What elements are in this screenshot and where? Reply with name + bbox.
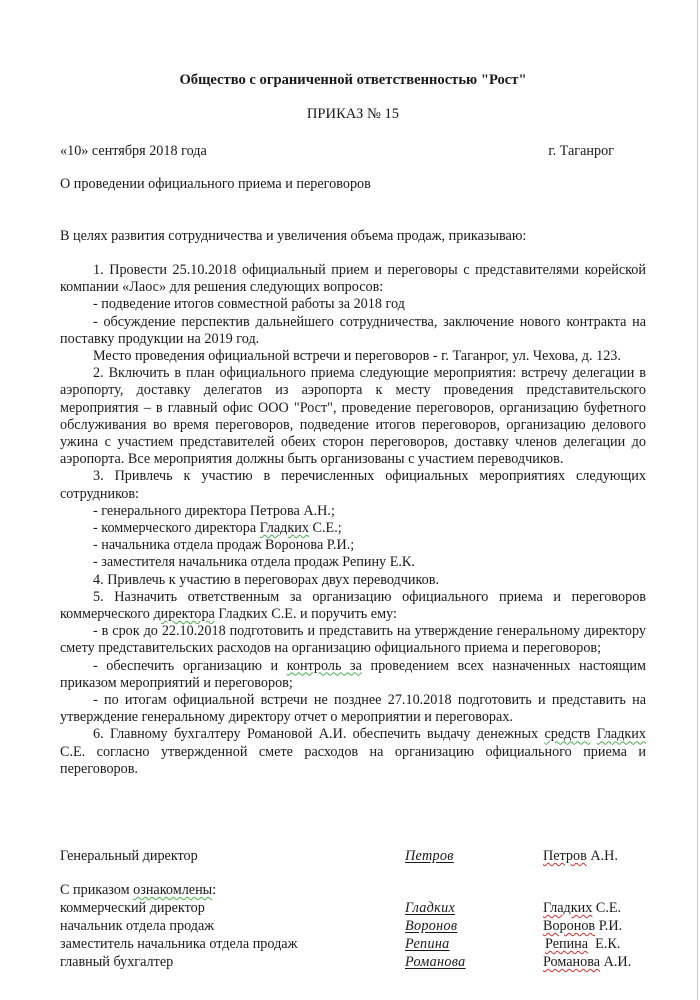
signatory-initials: Е.К. bbox=[588, 936, 620, 952]
signatory-name: Гладких С.Е. bbox=[543, 900, 621, 917]
acknowledgment-row: главный бухгалтер Романова Романова А.И. bbox=[60, 954, 700, 972]
clause-3-item-2: - коммерческого директора Гладких С.Е.; bbox=[60, 520, 646, 537]
signature-role: главный бухгалтер bbox=[60, 954, 173, 971]
clause-5-item-2-text: - обеспечить организацию и bbox=[93, 658, 287, 674]
clause-6-tail: С.Е. согласно утвержденной смете расходо… bbox=[60, 744, 646, 777]
spellcheck-word: средств bbox=[544, 726, 590, 742]
clause-1-item-2: - обсуждение перспектив дальнейшего сотр… bbox=[60, 314, 646, 348]
signatory-initials: С.Е. bbox=[592, 900, 621, 916]
clause-3-item-2-tail: С.Е.; bbox=[309, 520, 342, 536]
clause-4: 4. Привлечь к участию в переговорах двух… bbox=[60, 572, 646, 589]
signature-role: заместитель начальника отдела продаж bbox=[60, 936, 297, 953]
clause-5-item-1: - в срок до 22.10.2018 подготовить и пре… bbox=[60, 623, 646, 657]
order-preamble: В целях развития сотрудничества и увелич… bbox=[60, 228, 526, 245]
clause-1-item-1: - подведение итогов совместной работы за… bbox=[60, 296, 646, 313]
signatory-surname: Гладких bbox=[543, 900, 592, 916]
clause-1: 1. Провести 25.10.2018 официальный прием… bbox=[60, 262, 646, 296]
clause-3-item-4: - заместителя начальника отдела продаж Р… bbox=[60, 554, 646, 571]
spellcheck-word: Гладких bbox=[597, 726, 646, 742]
signature-role: Генеральный директор bbox=[60, 848, 198, 865]
signatory-name: Репина Е.К. bbox=[545, 936, 620, 953]
handwritten-signature: Репина bbox=[405, 936, 450, 953]
spellcheck-word: контроль за bbox=[287, 658, 362, 674]
clause-5-item-3: - по итогам официальной встречи не поздн… bbox=[60, 692, 646, 726]
clause-3-item-3: - начальника отдела продаж Воронова Р.И.… bbox=[60, 537, 646, 554]
clause-5: 5. Назначить ответственным за организаци… bbox=[60, 589, 646, 623]
signatory-surname: Романова bbox=[543, 954, 600, 970]
signatory-name: Романова А.И. bbox=[543, 954, 631, 971]
signatory-name: Воронов Р.И. bbox=[543, 918, 622, 935]
signatory-initials: А.Н. bbox=[587, 848, 618, 864]
order-body: 1. Провести 25.10.2018 официальный прием… bbox=[60, 262, 646, 778]
clause-5-tail: Гладких С.Е. и поручить ему: bbox=[215, 606, 397, 622]
order-city: г. Таганрог bbox=[548, 143, 614, 160]
order-date: «10» сентября 2018 года bbox=[60, 143, 207, 160]
acknowledged-label-text: С приказом ознакомлены: bbox=[60, 882, 216, 899]
organization-title: Общество с ограниченной ответственностью… bbox=[60, 72, 646, 89]
clause-3-item-2-text: - коммерческого директора bbox=[93, 520, 260, 536]
clause-1-location: Место проведения официальной встречи и п… bbox=[60, 348, 646, 365]
spellcheck-word: директора bbox=[153, 606, 214, 622]
spellcheck-word: ознакомлены bbox=[133, 882, 212, 898]
signatory-surname: Воронов bbox=[543, 918, 595, 934]
handwritten-signature: Гладких bbox=[405, 900, 455, 917]
clause-6-text: 6. Главному бухгалтеру Романовой А.И. об… bbox=[93, 726, 544, 742]
signatory-surname: Репина bbox=[545, 936, 588, 952]
acknowledged-suffix: : bbox=[212, 882, 216, 898]
acknowledged-label: С приказом ознакомлены: bbox=[60, 882, 700, 900]
signatory-name: Петров А.Н. bbox=[543, 848, 618, 865]
clause-2: 2. Включить в план официального приема с… bbox=[60, 365, 646, 468]
handwritten-signature: Петров bbox=[405, 848, 454, 865]
acknowledgment-row: начальник отдела продаж Воронов Воронов … bbox=[60, 918, 700, 936]
signature-role: начальник отдела продаж bbox=[60, 918, 214, 935]
acknowledged-prefix: С приказом bbox=[60, 882, 133, 898]
clause-6: 6. Главному бухгалтеру Романовой А.И. об… bbox=[60, 726, 646, 778]
clause-3-item-1: - генерального директора Петрова А.Н.; bbox=[60, 503, 646, 520]
clause-3: 3. Привлечь к участию в перечисленных оф… bbox=[60, 468, 646, 502]
spellcheck-word: Гладких bbox=[260, 520, 309, 536]
order-subject: О проведении официального приема и перег… bbox=[60, 176, 371, 193]
signatory-initials: Р.И. bbox=[595, 918, 622, 934]
signatory-initials: А.И. bbox=[600, 954, 631, 970]
signature-role: коммерческий директор bbox=[60, 900, 205, 917]
director-signature-row: Генеральный директор Петров Петров А.Н. bbox=[60, 848, 700, 866]
handwritten-signature: Романова bbox=[405, 954, 466, 971]
acknowledgment-row: заместитель начальника отдела продаж Реп… bbox=[60, 936, 700, 954]
clause-5-item-2: - обеспечить организацию и контроль за п… bbox=[60, 658, 646, 692]
acknowledgment-row: коммерческий директор Гладких Гладких С.… bbox=[60, 900, 700, 918]
signatory-surname: Петров bbox=[543, 848, 587, 864]
handwritten-signature: Воронов bbox=[405, 918, 457, 935]
order-title: ПРИКАЗ № 15 bbox=[60, 106, 646, 123]
